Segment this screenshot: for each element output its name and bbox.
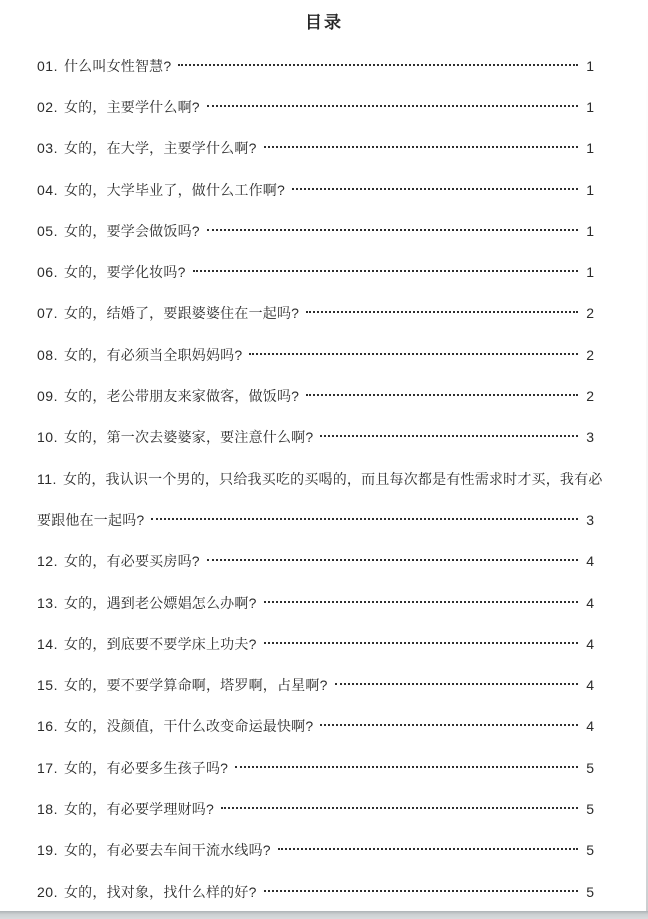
toc-entry-08: 08. 女的，有必须当全职妈妈吗? 2 [37,334,594,375]
entry-number: 20. [37,884,58,900]
entry-page-number: 5 [584,801,594,817]
dot-leader [207,559,578,561]
dot-leader [306,394,578,396]
entry-number: 03. [37,140,58,156]
toc-entry-01: 01. 什么叫女性智慧? 1 [37,45,594,86]
entry-title: 女的，主要学什么啊? [64,97,200,117]
toc-entry-20: 20. 女的，找对象，找什么样的好? 5 [37,871,594,912]
dot-leader [264,890,578,892]
dot-leader [264,146,578,148]
entry-number: 04. [37,182,58,198]
toc-entry-16: 16. 女的，没颜值，干什么改变命运最快啊? 4 [37,706,594,747]
entry-number: 19. [37,842,58,858]
toc-entry-13: 13. 女的，遇到老公嫖娼怎么办啊? 4 [37,582,594,623]
entry-title: 女的，我认识一个男的，只给我买吃的买喝的，而且每次都是有性需求时才买，我有必 [63,469,603,489]
entry-title: 女的，要学会做饭吗? [64,221,200,241]
toc-entry-19: 19. 女的，有必要去车间干流水线吗? 5 [37,830,594,871]
entry-number: 08. [37,347,58,363]
entry-number: 06. [37,264,58,280]
entry-page-number: 3 [584,512,594,528]
entry-page-number: 1 [584,140,594,156]
entry-title: 女的，在大学，主要学什么啊? [64,138,257,158]
toc-entry-17: 17. 女的，有必要多生孩子吗? 5 [37,747,594,788]
entry-page-number: 5 [584,760,594,776]
entry-number: 17. [37,760,58,776]
entry-number: 18. [37,801,58,817]
dot-leader [264,601,578,603]
dot-leader [335,683,578,685]
scanned-document-page: 目录 01. 什么叫女性智慧? 1 02. 女的，主要学什么啊? 1 03. 女… [0,0,648,919]
table-of-contents: 01. 什么叫女性智慧? 1 02. 女的，主要学什么啊? 1 03. 女的，在… [0,45,648,912]
dot-leader [292,188,578,190]
entry-title: 女的，有必要去车间干流水线吗? [64,840,271,860]
entry-page-number: 5 [584,842,594,858]
entry-page-number: 2 [584,388,594,404]
toc-entry-06: 06. 女的，要学化妆吗? 1 [37,251,594,292]
entry-title: 女的，没颜值，干什么改变命运最快啊? [64,716,313,736]
entry-title: 什么叫女性智慧? [64,56,171,76]
dot-leader [306,311,578,313]
toc-entry-03: 03. 女的，在大学，主要学什么啊? 1 [37,128,594,169]
entry-title: 女的，要学化妆吗? [64,262,186,282]
entry-number: 10. [37,429,58,445]
dot-leader [278,848,578,850]
entry-page-number: 4 [584,677,594,693]
entry-title: 女的，第一次去婆婆家，要注意什么啊? [64,427,313,447]
entry-title: 女的，有必要学理财吗? [64,799,214,819]
dot-leader [221,807,578,809]
entry-number: 16. [37,718,58,734]
entry-page-number: 4 [584,553,594,569]
entry-title: 女的，有必要买房吗? [64,551,200,571]
entry-page-number: 1 [584,223,594,239]
toc-entry-11-line2: 要跟他在一起吗? 3 [37,499,594,540]
entry-number: 11. [37,471,57,487]
entry-page-number: 4 [584,636,594,652]
entry-title: 女的，到底要不要学床上功夫? [64,634,257,654]
page-title: 目录 [0,0,648,33]
dot-leader [320,435,578,437]
dot-leader [207,105,578,107]
entry-page-number: 2 [584,347,594,363]
entry-page-number: 1 [584,99,594,115]
entry-number: 13. [37,595,58,611]
entry-number: 12. [37,553,58,569]
dot-leader [320,724,578,726]
toc-entry-02: 02. 女的，主要学什么啊? 1 [37,86,594,127]
entry-title: 女的，有必须当全职妈妈吗? [64,345,242,365]
entry-title-continuation: 要跟他在一起吗? [37,510,144,530]
entry-number: 15. [37,677,58,693]
dot-leader [151,518,578,520]
entry-page-number: 4 [584,595,594,611]
toc-entry-15: 15. 女的，要不要学算命啊，塔罗啊，占星啊? 4 [37,664,594,705]
toc-entry-14: 14. 女的，到底要不要学床上功夫? 4 [37,623,594,664]
toc-entry-10: 10. 女的，第一次去婆婆家，要注意什么啊? 3 [37,417,594,458]
entry-title: 女的，遇到老公嫖娼怎么办啊? [64,593,257,613]
entry-page-number: 1 [584,58,594,74]
dot-leader [235,766,578,768]
toc-entry-11-line1: 11. 女的，我认识一个男的，只给我买吃的买喝的，而且每次都是有性需求时才买，我… [37,458,594,499]
entry-title: 女的，有必要多生孩子吗? [64,758,228,778]
dot-leader [264,642,578,644]
entry-number: 09. [37,388,58,404]
entry-page-number: 2 [584,305,594,321]
entry-page-number: 1 [584,182,594,198]
entry-page-number: 1 [584,264,594,280]
entry-number: 14. [37,636,58,652]
entry-title: 女的，结婚了，要跟婆婆住在一起吗? [64,303,299,323]
entry-title: 女的，大学毕业了，做什么工作啊? [64,180,285,200]
entry-number: 02. [37,99,58,115]
toc-entry-12: 12. 女的，有必要买房吗? 4 [37,541,594,582]
entry-title: 女的，找对象，找什么样的好? [64,882,257,902]
dot-leader [178,64,578,66]
entry-number: 01. [37,58,58,74]
dot-leader [249,353,578,355]
entry-page-number: 3 [584,429,594,445]
toc-entry-04: 04. 女的，大学毕业了，做什么工作啊? 1 [37,169,594,210]
scan-edge-bottom [0,911,648,919]
dot-leader [207,229,578,231]
toc-entry-18: 18. 女的，有必要学理财吗? 5 [37,788,594,829]
entry-number: 07. [37,305,58,321]
entry-page-number: 4 [584,718,594,734]
dot-leader [193,270,578,272]
toc-entry-07: 07. 女的，结婚了，要跟婆婆住在一起吗? 2 [37,293,594,334]
toc-entry-09: 09. 女的，老公带朋友来家做客，做饭吗? 2 [37,375,594,416]
entry-title: 女的，老公带朋友来家做客，做饭吗? [64,386,299,406]
toc-entry-05: 05. 女的，要学会做饭吗? 1 [37,210,594,251]
entry-title: 女的，要不要学算命啊，塔罗啊，占星啊? [64,675,328,695]
entry-number: 05. [37,223,58,239]
entry-page-number: 5 [584,884,594,900]
